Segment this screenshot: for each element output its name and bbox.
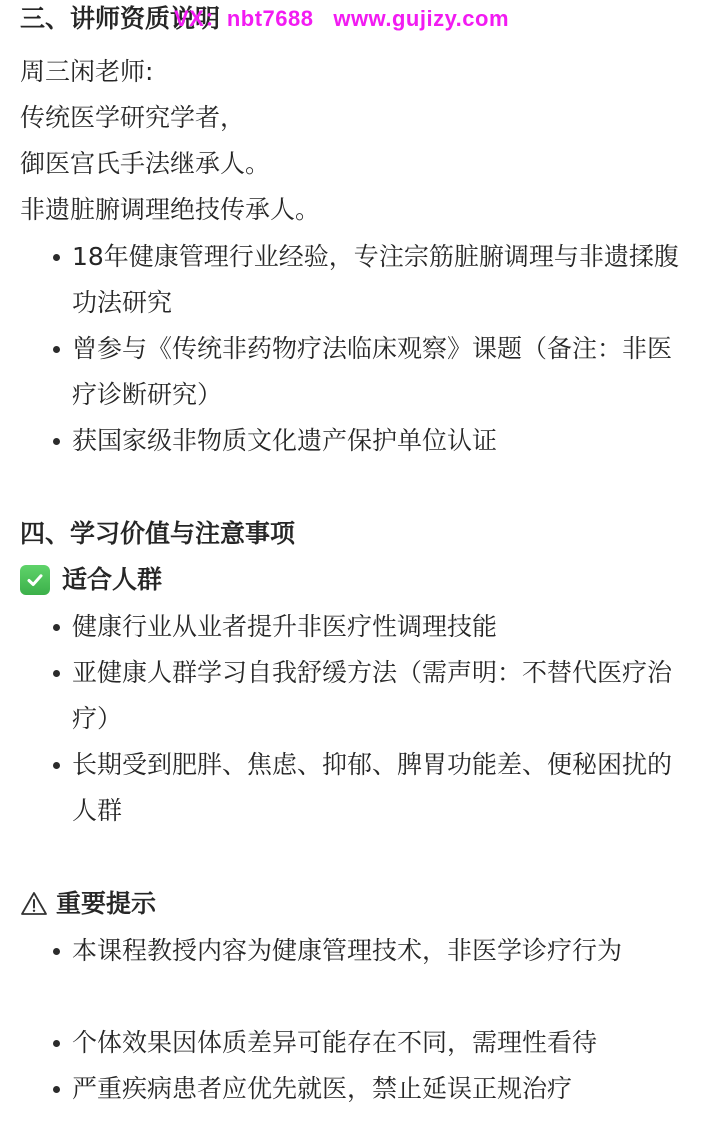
intro-line: 御医宫氏手法继承人。 bbox=[20, 147, 270, 181]
list-item-text: 亚健康人群学习自我舒缓方法（需声明：不替代医疗治疗） bbox=[72, 650, 692, 742]
bullet-dot-icon bbox=[53, 1086, 60, 1093]
check-mark-icon bbox=[20, 565, 50, 595]
warning-icon bbox=[20, 890, 48, 918]
intro-line: 周三闲老师: bbox=[20, 55, 153, 89]
list-item-text: 获国家级非物质文化遗产保护单位认证 bbox=[72, 418, 692, 464]
intro-line: 传统医学研究学者， bbox=[20, 101, 245, 135]
list-item-text: 曾参与《传统非药物疗法临床观察》课题（备注：非医疗诊断研究） bbox=[72, 326, 692, 418]
bullet-dot-icon bbox=[53, 1040, 60, 1047]
bullet-dot-icon bbox=[53, 346, 60, 353]
subheading-notice: 重要提示 bbox=[20, 887, 156, 921]
list-item-text: 本课程教授内容为健康管理技术，非医学诊疗行为 bbox=[72, 928, 692, 974]
intro-line: 非遗脏腑调理绝技传承人。 bbox=[20, 193, 320, 227]
bullet-dot-icon bbox=[53, 438, 60, 445]
subheading-suitable: 适合人群 bbox=[20, 563, 162, 597]
subheading-text: 重要提示 bbox=[56, 887, 156, 921]
list-item-text: 个体效果因体质差异可能存在不同，需理性看待 bbox=[72, 1020, 692, 1066]
list-item-text: 严重疾病患者应优先就医，禁止延误正规治疗 bbox=[72, 1066, 692, 1112]
watermark: VX：nbt7688 www.gujizy.com bbox=[174, 2, 509, 33]
bullet-dot-icon bbox=[53, 670, 60, 677]
bullet-dot-icon bbox=[53, 254, 60, 261]
list-item-text: 健康行业从业者提升非医疗性调理技能 bbox=[72, 604, 692, 650]
section-heading-value: 四、学习价值与注意事项 bbox=[20, 517, 295, 551]
list-item-text: 18年健康管理行业经验，专注宗筋脏腑调理与非遗揉腹功法研究 bbox=[72, 234, 692, 326]
list-item-text: 长期受到肥胖、焦虑、抑郁、脾胃功能差、便秘困扰的人群 bbox=[72, 742, 692, 834]
document-page: VX：nbt7688 www.gujizy.com 三、讲师资质说明 周三闲老师… bbox=[0, 0, 724, 1133]
bullet-dot-icon bbox=[53, 624, 60, 631]
subheading-text: 适合人群 bbox=[62, 563, 162, 597]
bullet-dot-icon bbox=[53, 762, 60, 769]
bullet-dot-icon bbox=[53, 948, 60, 955]
